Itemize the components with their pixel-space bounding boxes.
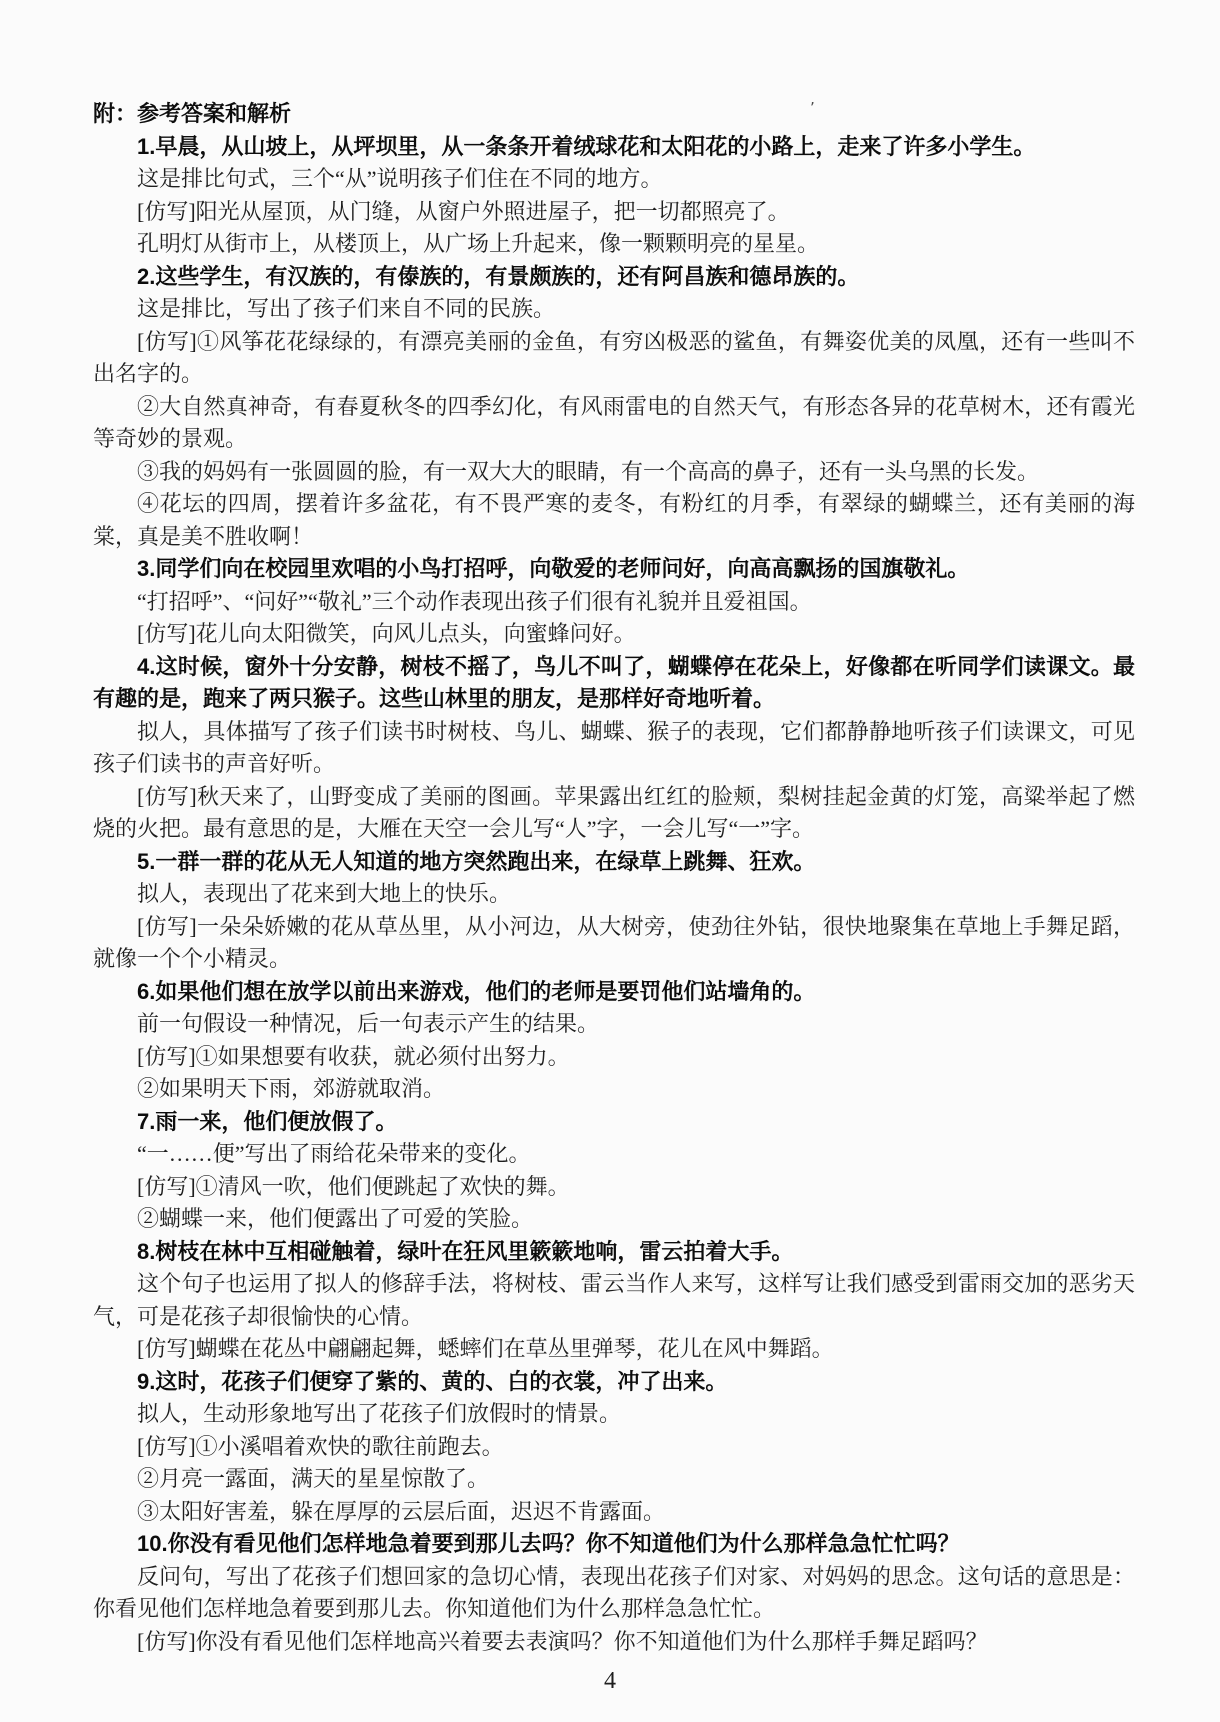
analysis-line-3-1: “打招呼”、“问好”“敬礼”三个动作表现出孩子们很有礼貌并且爱祖国。 bbox=[93, 586, 1135, 619]
analysis-line-8-2: [仿写]蝴蝶在花丛中翩翩起舞，蟋蟀们在草丛里弹琴，花儿在风中舞蹈。 bbox=[93, 1333, 1135, 1366]
analysis-line-10-1: 反问句，写出了花孩子们想回家的急切心情，表现出花孩子们对家、对妈妈的思念。这句话… bbox=[93, 1561, 1135, 1626]
scan-artifact-mark: ’ bbox=[810, 99, 815, 117]
analysis-line-2-2: [仿写]①风筝花花绿绿的，有漂亮美丽的金鱼，有穷凶极恶的鲨鱼，有舞姿优美的凤凰，… bbox=[93, 326, 1135, 391]
question-sentence-7: 7.雨一来，他们便放假了。 bbox=[93, 1106, 1135, 1139]
analysis-line-7-3: ②蝴蝶一来，他们便露出了可爱的笑脸。 bbox=[93, 1203, 1135, 1236]
analysis-line-9-3: ②月亮一露面，满天的星星惊散了。 bbox=[93, 1463, 1135, 1496]
analysis-line-2-3: ②大自然真神奇，有春夏秋冬的四季幻化，有风雨雷电的自然天气，有形态各异的花草树木… bbox=[93, 391, 1135, 456]
analysis-line-6-1: 前一句假设一种情况，后一句表示产生的结果。 bbox=[93, 1008, 1135, 1041]
analysis-line-5-2: [仿写]一朵朵娇嫩的花从草丛里，从小河边，从大树旁，使劲往外钻，很快地聚集在草地… bbox=[93, 911, 1135, 976]
question-sentence-1: 1.早晨，从山坡上，从坪坝里，从一条条开着绒球花和太阳花的小路上，走来了许多小学… bbox=[93, 131, 1135, 164]
analysis-line-2-5: ④花坛的四周，摆着许多盆花，有不畏严寒的麦冬，有粉红的月季，有翠绿的蝴蝶兰，还有… bbox=[93, 488, 1135, 553]
analysis-line-7-1: “一……便”写出了雨给花朵带来的变化。 bbox=[93, 1138, 1135, 1171]
analysis-line-9-2: [仿写]①小溪唱着欢快的歌往前跑去。 bbox=[93, 1431, 1135, 1464]
question-sentence-6: 6.如果他们想在放学以前出来游戏，他们的老师是要罚他们站墙角的。 bbox=[93, 976, 1135, 1009]
analysis-line-7-2: [仿写]①清风一吹，他们便跳起了欢快的舞。 bbox=[93, 1171, 1135, 1204]
analysis-line-1-3: 孔明灯从街市上，从楼顶上，从广场上升起来，像一颗颗明亮的星星。 bbox=[93, 228, 1135, 261]
analysis-line-9-4: ③太阳好害羞，躲在厚厚的云层后面，迟迟不肯露面。 bbox=[93, 1496, 1135, 1529]
analysis-line-4-2: [仿写]秋天来了，山野变成了美丽的图画。苹果露出红红的脸颊，梨树挂起金黄的灯笼，… bbox=[93, 781, 1135, 846]
question-sentence-3: 3.同学们向在校园里欢唱的小鸟打招呼，向敬爱的老师问好，向高高飘扬的国旗敬礼。 bbox=[93, 553, 1135, 586]
question-sentence-9: 9.这时，花孩子们便穿了紫的、黄的、白的衣裳，冲了出来。 bbox=[93, 1366, 1135, 1399]
question-sentence-5: 5.一群一群的花从无人知道的地方突然跑出来，在绿草上跳舞、狂欢。 bbox=[93, 846, 1135, 879]
analysis-line-9-1: 拟人，生动形象地写出了花孩子们放假时的情景。 bbox=[93, 1398, 1135, 1431]
answer-key-content: 附：参考答案和解析1.早晨，从山坡上，从坪坝里，从一条条开着绒球花和太阳花的小路… bbox=[0, 0, 1220, 1658]
document-page: ’ 附：参考答案和解析1.早晨，从山坡上，从坪坝里，从一条条开着绒球花和太阳花的… bbox=[0, 0, 1220, 1722]
analysis-line-10-2: [仿写]你没有看见他们怎样地高兴着要去表演吗？你不知道他们为什么那样手舞足蹈吗？ bbox=[93, 1626, 1135, 1659]
analysis-line-3-2: [仿写]花儿向太阳微笑，向风儿点头，向蜜蜂问好。 bbox=[93, 618, 1135, 651]
analysis-line-6-3: ②如果明天下雨，郊游就取消。 bbox=[93, 1073, 1135, 1106]
analysis-line-2-1: 这是排比，写出了孩子们来自不同的民族。 bbox=[93, 293, 1135, 326]
analysis-line-6-2: [仿写]①如果想要有收获，就必须付出努力。 bbox=[93, 1041, 1135, 1074]
answer-key-title: 附：参考答案和解析 bbox=[93, 98, 1135, 131]
analysis-line-5-1: 拟人，表现出了花来到大地上的快乐。 bbox=[93, 878, 1135, 911]
analysis-line-8-1: 这个句子也运用了拟人的修辞手法，将树枝、雷云当作人来写，这样写让我们感受到雷雨交… bbox=[93, 1268, 1135, 1333]
analysis-line-1-1: 这是排比句式，三个“从”说明孩子们住在不同的地方。 bbox=[93, 163, 1135, 196]
analysis-line-2-4: ③我的妈妈有一张圆圆的脸，有一双大大的眼睛，有一个高高的鼻子，还有一头乌黑的长发… bbox=[93, 456, 1135, 489]
question-sentence-2: 2.这些学生，有汉族的，有傣族的，有景颇族的，还有阿昌族和德昂族的。 bbox=[93, 261, 1135, 294]
question-sentence-8: 8.树枝在林中互相碰触着，绿叶在狂风里簌簌地响，雷云拍着大手。 bbox=[93, 1236, 1135, 1269]
page-number: 4 bbox=[0, 1668, 1220, 1695]
question-sentence-4: 4.这时候，窗外十分安静，树枝不摇了，鸟儿不叫了，蝴蝶停在花朵上，好像都在听同学… bbox=[93, 651, 1135, 716]
question-sentence-10: 10.你没有看见他们怎样地急着要到那儿去吗？你不知道他们为什么那样急急忙忙吗？ bbox=[93, 1528, 1135, 1561]
analysis-line-1-2: [仿写]阳光从屋顶，从门缝，从窗户外照进屋子，把一切都照亮了。 bbox=[93, 196, 1135, 229]
analysis-line-4-1: 拟人，具体描写了孩子们读书时树枝、鸟儿、蝴蝶、猴子的表现，它们都静静地听孩子们读… bbox=[93, 716, 1135, 781]
